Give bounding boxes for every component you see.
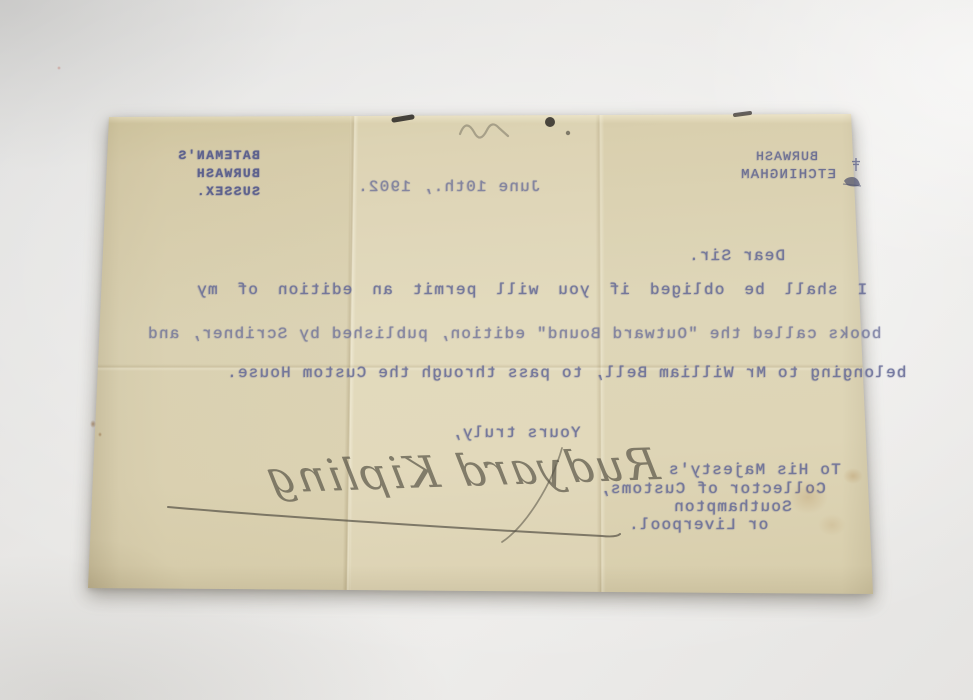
- body-line: belonging to Mr William Bell, to pass th…: [226, 364, 907, 382]
- body-line: I shall be obliged if you will permit an…: [196, 281, 867, 299]
- letterhead-estate-block: BATEMAN'S BURWASH SUSSEX.: [166, 147, 260, 201]
- ink-smudge-marks: [380, 106, 760, 156]
- date-line: June 10th., 1902.: [357, 178, 541, 196]
- photo-background: BATEMAN'S BURWASH SUSSEX. BURWASH ETCHIN…: [0, 0, 973, 700]
- station-row: ETCHINGHAM: [700, 167, 862, 183]
- letter-paper-shadow: [0, 0, 973, 700]
- station-label: ETCHINGHAM: [740, 167, 836, 183]
- recipient-line: To His Majesty's: [668, 461, 841, 479]
- letterhead-estate-line: BATEMAN'S: [166, 147, 260, 165]
- recipient-line: Southampton: [673, 498, 792, 516]
- salutation: Dear Sir.: [688, 247, 785, 265]
- letterhead-estate-line: BURWASH: [166, 165, 260, 183]
- body-line: books called the "Outward Bound" edition…: [147, 325, 882, 343]
- telegraph-label: BURWASH: [755, 149, 818, 165]
- letterhead-estate-line: SUSSEX.: [166, 183, 260, 201]
- signature-underline-flourish: [150, 438, 670, 558]
